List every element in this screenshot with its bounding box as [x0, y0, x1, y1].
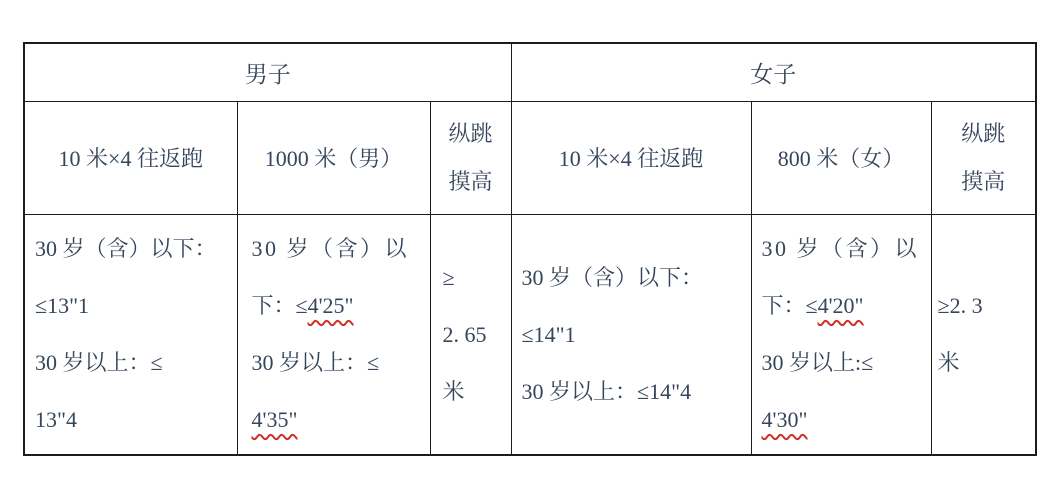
text-line: 米	[443, 363, 511, 420]
text-line: 30 岁以上：≤	[35, 334, 237, 391]
text-line: 摸高	[932, 158, 1036, 206]
text-segment: 下：≤	[762, 293, 818, 318]
text-line: 4'35"	[252, 391, 430, 448]
cell-men-vertical-jump-standard: ≥ 2. 65 米	[430, 214, 511, 455]
text-line: 30 岁（含）以下：	[35, 220, 237, 277]
group-header-women: 女子	[511, 43, 1036, 101]
column-header-row: 10 米×4 往返跑 1000 米（男） 纵跳 摸高 10 米×4 往返跑 80…	[24, 101, 1036, 214]
text-line: 下：≤4'25"	[252, 277, 430, 334]
text-line: 4'30"	[762, 391, 931, 448]
text-line: 摸高	[431, 158, 511, 206]
text-line: 2. 65	[443, 306, 511, 363]
text-line: 30 岁以上:≤	[762, 334, 931, 391]
header-women-shuttle-run: 10 米×4 往返跑	[511, 101, 751, 214]
cell-women-800m-standard: 30 岁（含）以 下：≤4'20" 30 岁以上:≤ 4'30"	[751, 214, 931, 455]
text-line: 30 岁（含）以	[252, 220, 430, 277]
text-line: 纵跳	[932, 110, 1036, 158]
text-line: ≥	[443, 249, 511, 306]
text-line: ≤13"1	[35, 277, 237, 334]
header-men-vertical-jump: 纵跳 摸高	[430, 101, 511, 214]
text-line: 13"4	[35, 391, 237, 448]
text-line: ≥2. 3	[938, 277, 1036, 334]
header-women-800m: 800 米（女）	[751, 101, 931, 214]
fitness-standards-table: 男子 女子 10 米×4 往返跑 1000 米（男） 纵跳 摸高 10 米×4 …	[23, 42, 1037, 456]
text-line: ≤14"1	[522, 306, 751, 363]
text-line: 30 岁（含）以	[762, 220, 931, 277]
header-women-vertical-jump: 纵跳 摸高	[931, 101, 1036, 214]
cell-women-shuttle-standard: 30 岁（含）以下： ≤14"1 30 岁以上：≤14"4	[511, 214, 751, 455]
group-header-row: 男子 女子	[24, 43, 1036, 101]
text-line: 30 岁以上：≤	[252, 334, 430, 391]
cell-men-shuttle-standard: 30 岁（含）以下： ≤13"1 30 岁以上：≤ 13"4	[24, 214, 237, 455]
cell-men-1000m-standard: 30 岁（含）以 下：≤4'25" 30 岁以上：≤ 4'35"	[237, 214, 430, 455]
fitness-standards-table-wrap: 男子 女子 10 米×4 往返跑 1000 米（男） 纵跳 摸高 10 米×4 …	[23, 42, 1037, 456]
text-line: 米	[938, 334, 1036, 391]
text-line: 30 岁以上：≤14"4	[522, 363, 751, 420]
spellcheck-underlined-text: 4'25"	[308, 293, 354, 318]
header-men-shuttle-run: 10 米×4 往返跑	[24, 101, 237, 214]
text-segment: 下：≤	[252, 293, 308, 318]
spellcheck-underlined-text: 4'35"	[252, 407, 298, 432]
spellcheck-underlined-text: 4'20"	[818, 293, 864, 318]
text-line: 30 岁（含）以下：	[522, 249, 751, 306]
standards-data-row: 30 岁（含）以下： ≤13"1 30 岁以上：≤ 13"4 30 岁（含）以 …	[24, 214, 1036, 455]
spellcheck-underlined-text: 4'30"	[762, 407, 808, 432]
group-header-men: 男子	[24, 43, 511, 101]
header-men-1000m: 1000 米（男）	[237, 101, 430, 214]
text-line: 下：≤4'20"	[762, 277, 931, 334]
cell-women-vertical-jump-standard: ≥2. 3 米	[931, 214, 1036, 455]
text-line: 纵跳	[431, 110, 511, 158]
